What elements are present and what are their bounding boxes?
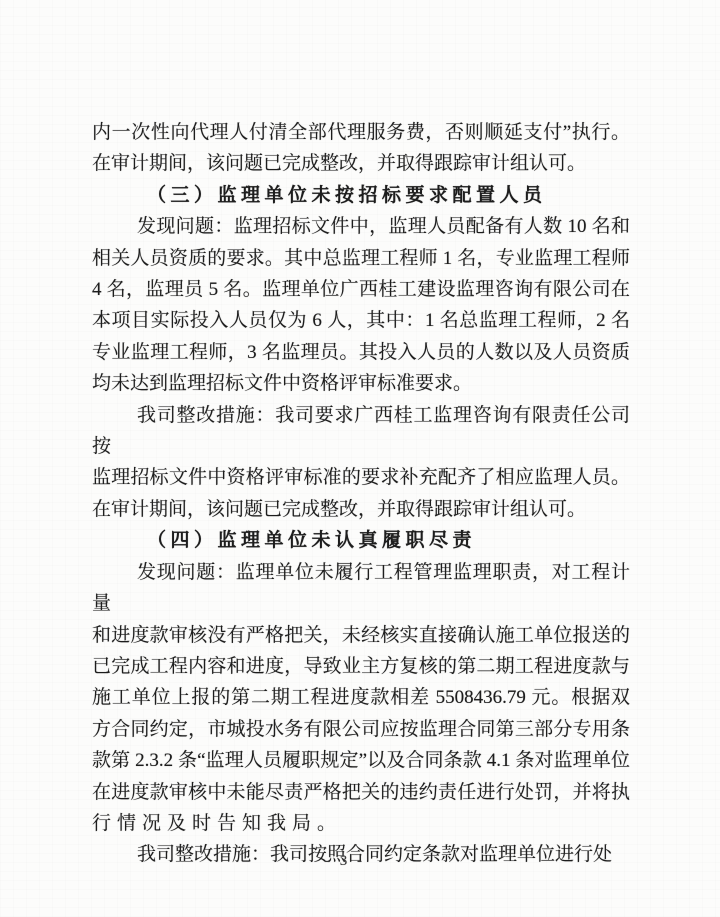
page-number: - 3 - [0, 853, 690, 870]
text-line: 4 名，监理员 5 名。监理单位广西桂工建设监理咨询有限公司在 [92, 274, 630, 305]
paragraph: 发现问题：监理单位未履行工程管理监理职责，对工程计量 和进度款审核没有严格把关，… [92, 557, 630, 840]
text-line: 专业监理工程师，3 名监理员。其投入人员的人数以及人员资质 [92, 337, 630, 368]
paragraph: 内一次性向代理人付清全部代理服务费，否则顺延支付”执行。 在审计期间，该问题已完… [92, 117, 630, 180]
section-heading: （四）监理单位未认真履职尽责 [92, 525, 630, 556]
paragraph: 我司整改措施：我司要求广西桂工监理咨询有限责任公司按 监理招标文件中资格评审标准… [92, 400, 630, 526]
text-line: 在审计期间，该问题已完成整改，并取得跟踪审计组认可。 [92, 148, 630, 179]
document-page: 内一次性向代理人付清全部代理服务费，否则顺延支付”执行。 在审计期间，该问题已完… [0, 0, 720, 917]
text-line: 均未达到监理招标文件中资格评审标准要求。 [92, 368, 630, 399]
text-block: 内一次性向代理人付清全部代理服务费，否则顺延支付”执行。 在审计期间，该问题已完… [92, 117, 630, 871]
text-line: 方合同约定，市城投水务有限公司应按监理合同第三部分专用条 [92, 714, 630, 745]
text-line: 监理招标文件中资格评审标准的要求补充配齐了相应监理人员。 [92, 462, 630, 493]
text-line: 本项目实际投入人员仅为 6 人，其中：1 名总监理工程师，2 名 [92, 305, 630, 336]
text-line: 行情况及时告知我局。 [92, 808, 630, 839]
text-line: 施工单位上报的第二期工程进度款相差 5508436.79 元。根据双 [92, 682, 630, 713]
text-line: 在进度款审核中未能尽责严格把关的违约责任进行处罚，并将执 [92, 777, 630, 808]
section-heading: （三）监理单位未按招标要求配置人员 [92, 180, 630, 211]
text-line: 发现问题：监理招标文件中，监理人员配备有人数 10 名和 [92, 211, 630, 242]
text-line: 已完成工程内容和进度，导致业主方复核的第二期工程进度款与 [92, 651, 630, 682]
text-line: 我司整改措施：我司要求广西桂工监理咨询有限责任公司按 [92, 400, 630, 463]
text-line: 发现问题：监理单位未履行工程管理监理职责，对工程计量 [92, 557, 630, 620]
paragraph: 发现问题：监理招标文件中，监理人员配备有人数 10 名和 相关人员资质的要求。其… [92, 211, 630, 399]
text-line: 相关人员资质的要求。其中总监理工程师 1 名，专业监理工程师 [92, 243, 630, 274]
text-line: 和进度款审核没有严格把关，未经核实直接确认施工单位报送的 [92, 620, 630, 651]
text-line: 款第 2.3.2 条“监理人员履职规定”以及合同条款 4.1 条对监理单位 [92, 745, 630, 776]
heading-line: （四）监理单位未认真履职尽责 [92, 525, 630, 556]
text-line: 内一次性向代理人付清全部代理服务费，否则顺延支付”执行。 [92, 117, 630, 148]
heading-line: （三）监理单位未按招标要求配置人员 [92, 180, 630, 211]
text-line: 在审计期间，该问题已完成整改，并取得跟踪审计组认可。 [92, 494, 630, 525]
